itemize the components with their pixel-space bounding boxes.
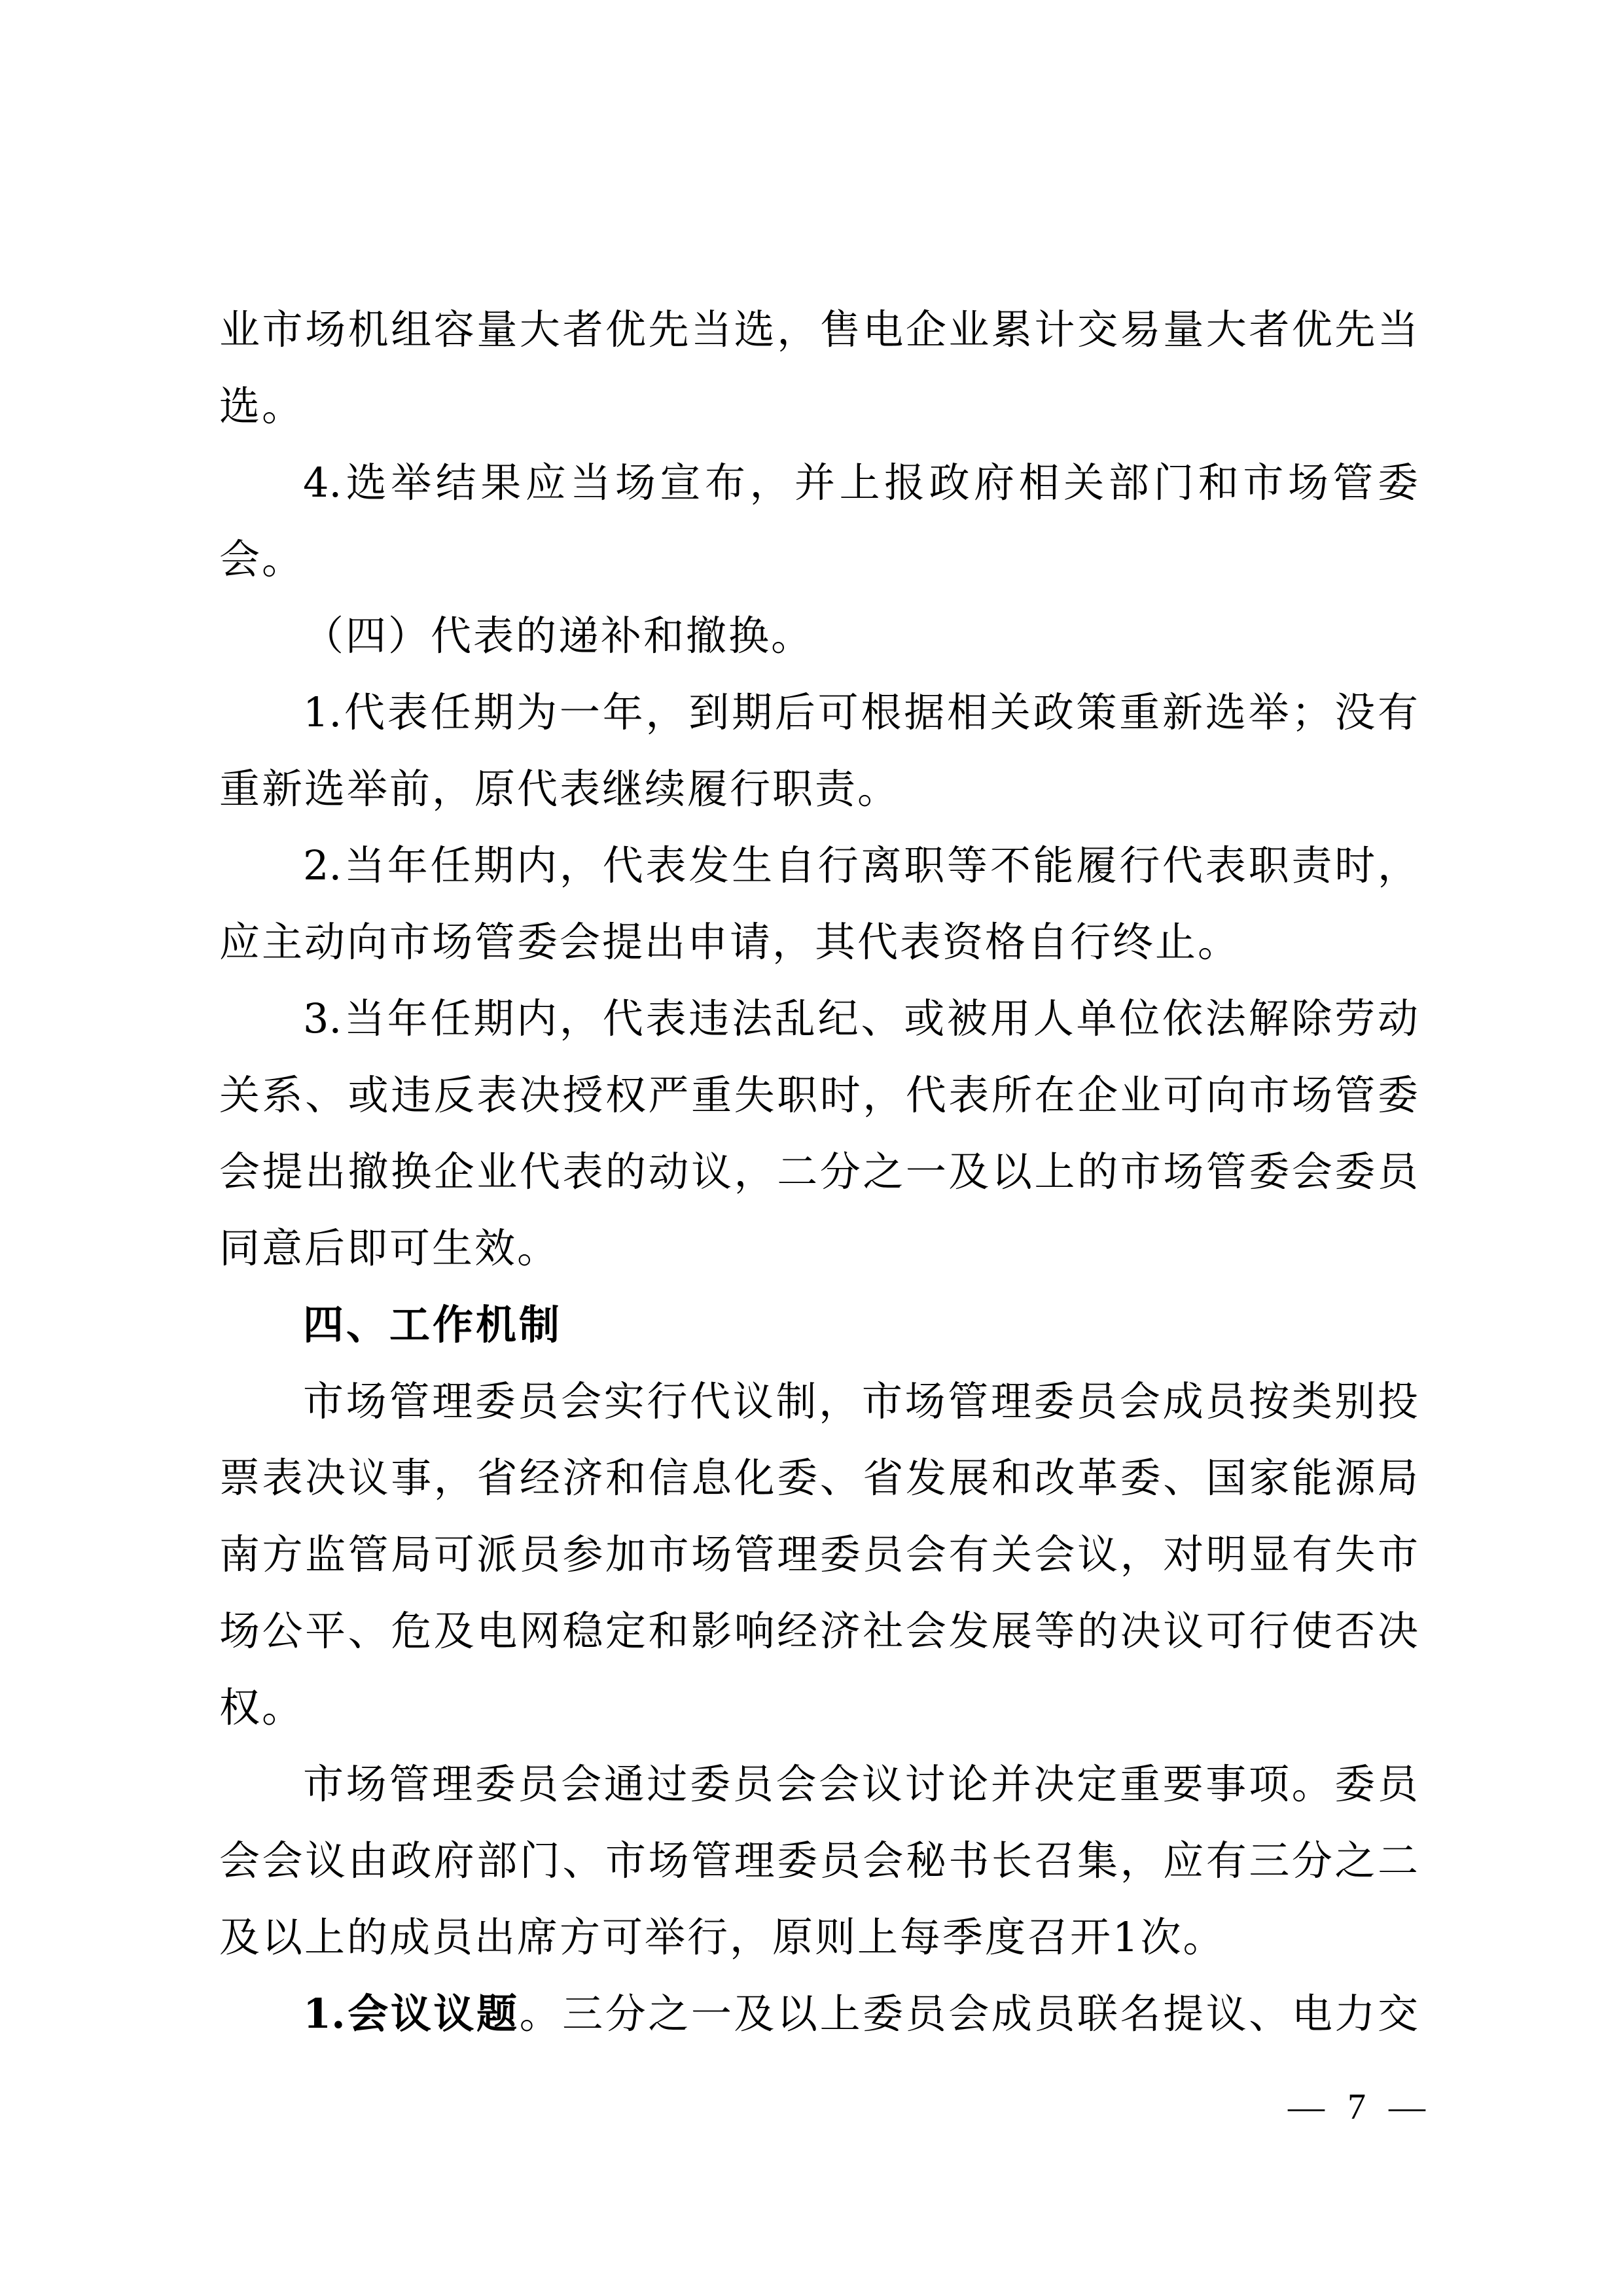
paragraph-line: 权。 [219, 1669, 1418, 1746]
document-body: 业市场机组容量大者优先当选，售电企业累计交易量大者优先当 选。 4.选举结果应当… [219, 291, 1418, 2052]
paragraph-line: 会会议由政府部门、市场管理委员会秘书长召集，应有三分之二 [219, 1822, 1418, 1899]
paragraph-line: 会提出撤换企业代表的动议，二分之一及以上的市场管委会委员 [219, 1133, 1418, 1210]
paragraph-line: 票表决议事，省经济和信息化委、省发展和改革委、国家能源局 [219, 1439, 1418, 1516]
page-number: — 7 — [1288, 2087, 1425, 2127]
paragraph-line: 会。 [219, 521, 1418, 597]
paragraph-line: 市场管理委员会通过委员会会议讨论并决定重要事项。委员 [219, 1746, 1418, 1822]
paragraph-line: 1.代表任期为一年，到期后可根据相关政策重新选举；没有 [219, 674, 1418, 751]
paragraph-line: 关系、或违反表决授权严重失职时，代表所在企业可向市场管委 [219, 1057, 1418, 1133]
paragraph-line: 南方监管局可派员参加市场管理委员会有关会议，对明显有失市 [219, 1516, 1418, 1593]
section-heading: 四、工作机制 [219, 1286, 1418, 1363]
paragraph-line: 3.当年任期内，代表违法乱纪、或被用人单位依法解除劳动 [219, 980, 1418, 1057]
paragraph-line: 选。 [219, 368, 1418, 444]
paragraph-line: 重新选举前，原代表继续履行职责。 [219, 751, 1418, 827]
paragraph-line: 同意后即可生效。 [219, 1210, 1418, 1286]
paragraph-line: 应主动向市场管委会提出申请，其代表资格自行终止。 [219, 904, 1418, 980]
subsection-heading: （四）代表的递补和撤换。 [219, 597, 1418, 674]
paragraph-line: 市场管理委员会实行代议制，市场管理委员会成员按类别投 [219, 1363, 1418, 1439]
document-page: 业市场机组容量大者优先当选，售电企业累计交易量大者优先当 选。 4.选举结果应当… [0, 0, 1623, 2296]
paragraph-line: 2.当年任期内，代表发生自行离职等不能履行代表职责时， [219, 827, 1418, 904]
item-title-bold: 1.会议议题 [303, 1990, 520, 2038]
paragraph-line: 场公平、危及电网稳定和影响经济社会发展等的决议可行使否决 [219, 1593, 1418, 1669]
paragraph-line: 及以上的成员出席方可举行，原则上每季度召开1次。 [219, 1899, 1418, 1975]
paragraph-line-last: 1.会议议题。三分之一及以上委员会成员联名提议、电力交 [219, 1975, 1418, 2052]
paragraph-line: 4.选举结果应当场宣布，并上报政府相关部门和市场管委 [219, 444, 1418, 521]
paragraph-line: 业市场机组容量大者优先当选，售电企业累计交易量大者优先当 [219, 291, 1418, 368]
item-text: 。三分之一及以上委员会成员联名提议、电力交 [520, 1990, 1418, 2038]
